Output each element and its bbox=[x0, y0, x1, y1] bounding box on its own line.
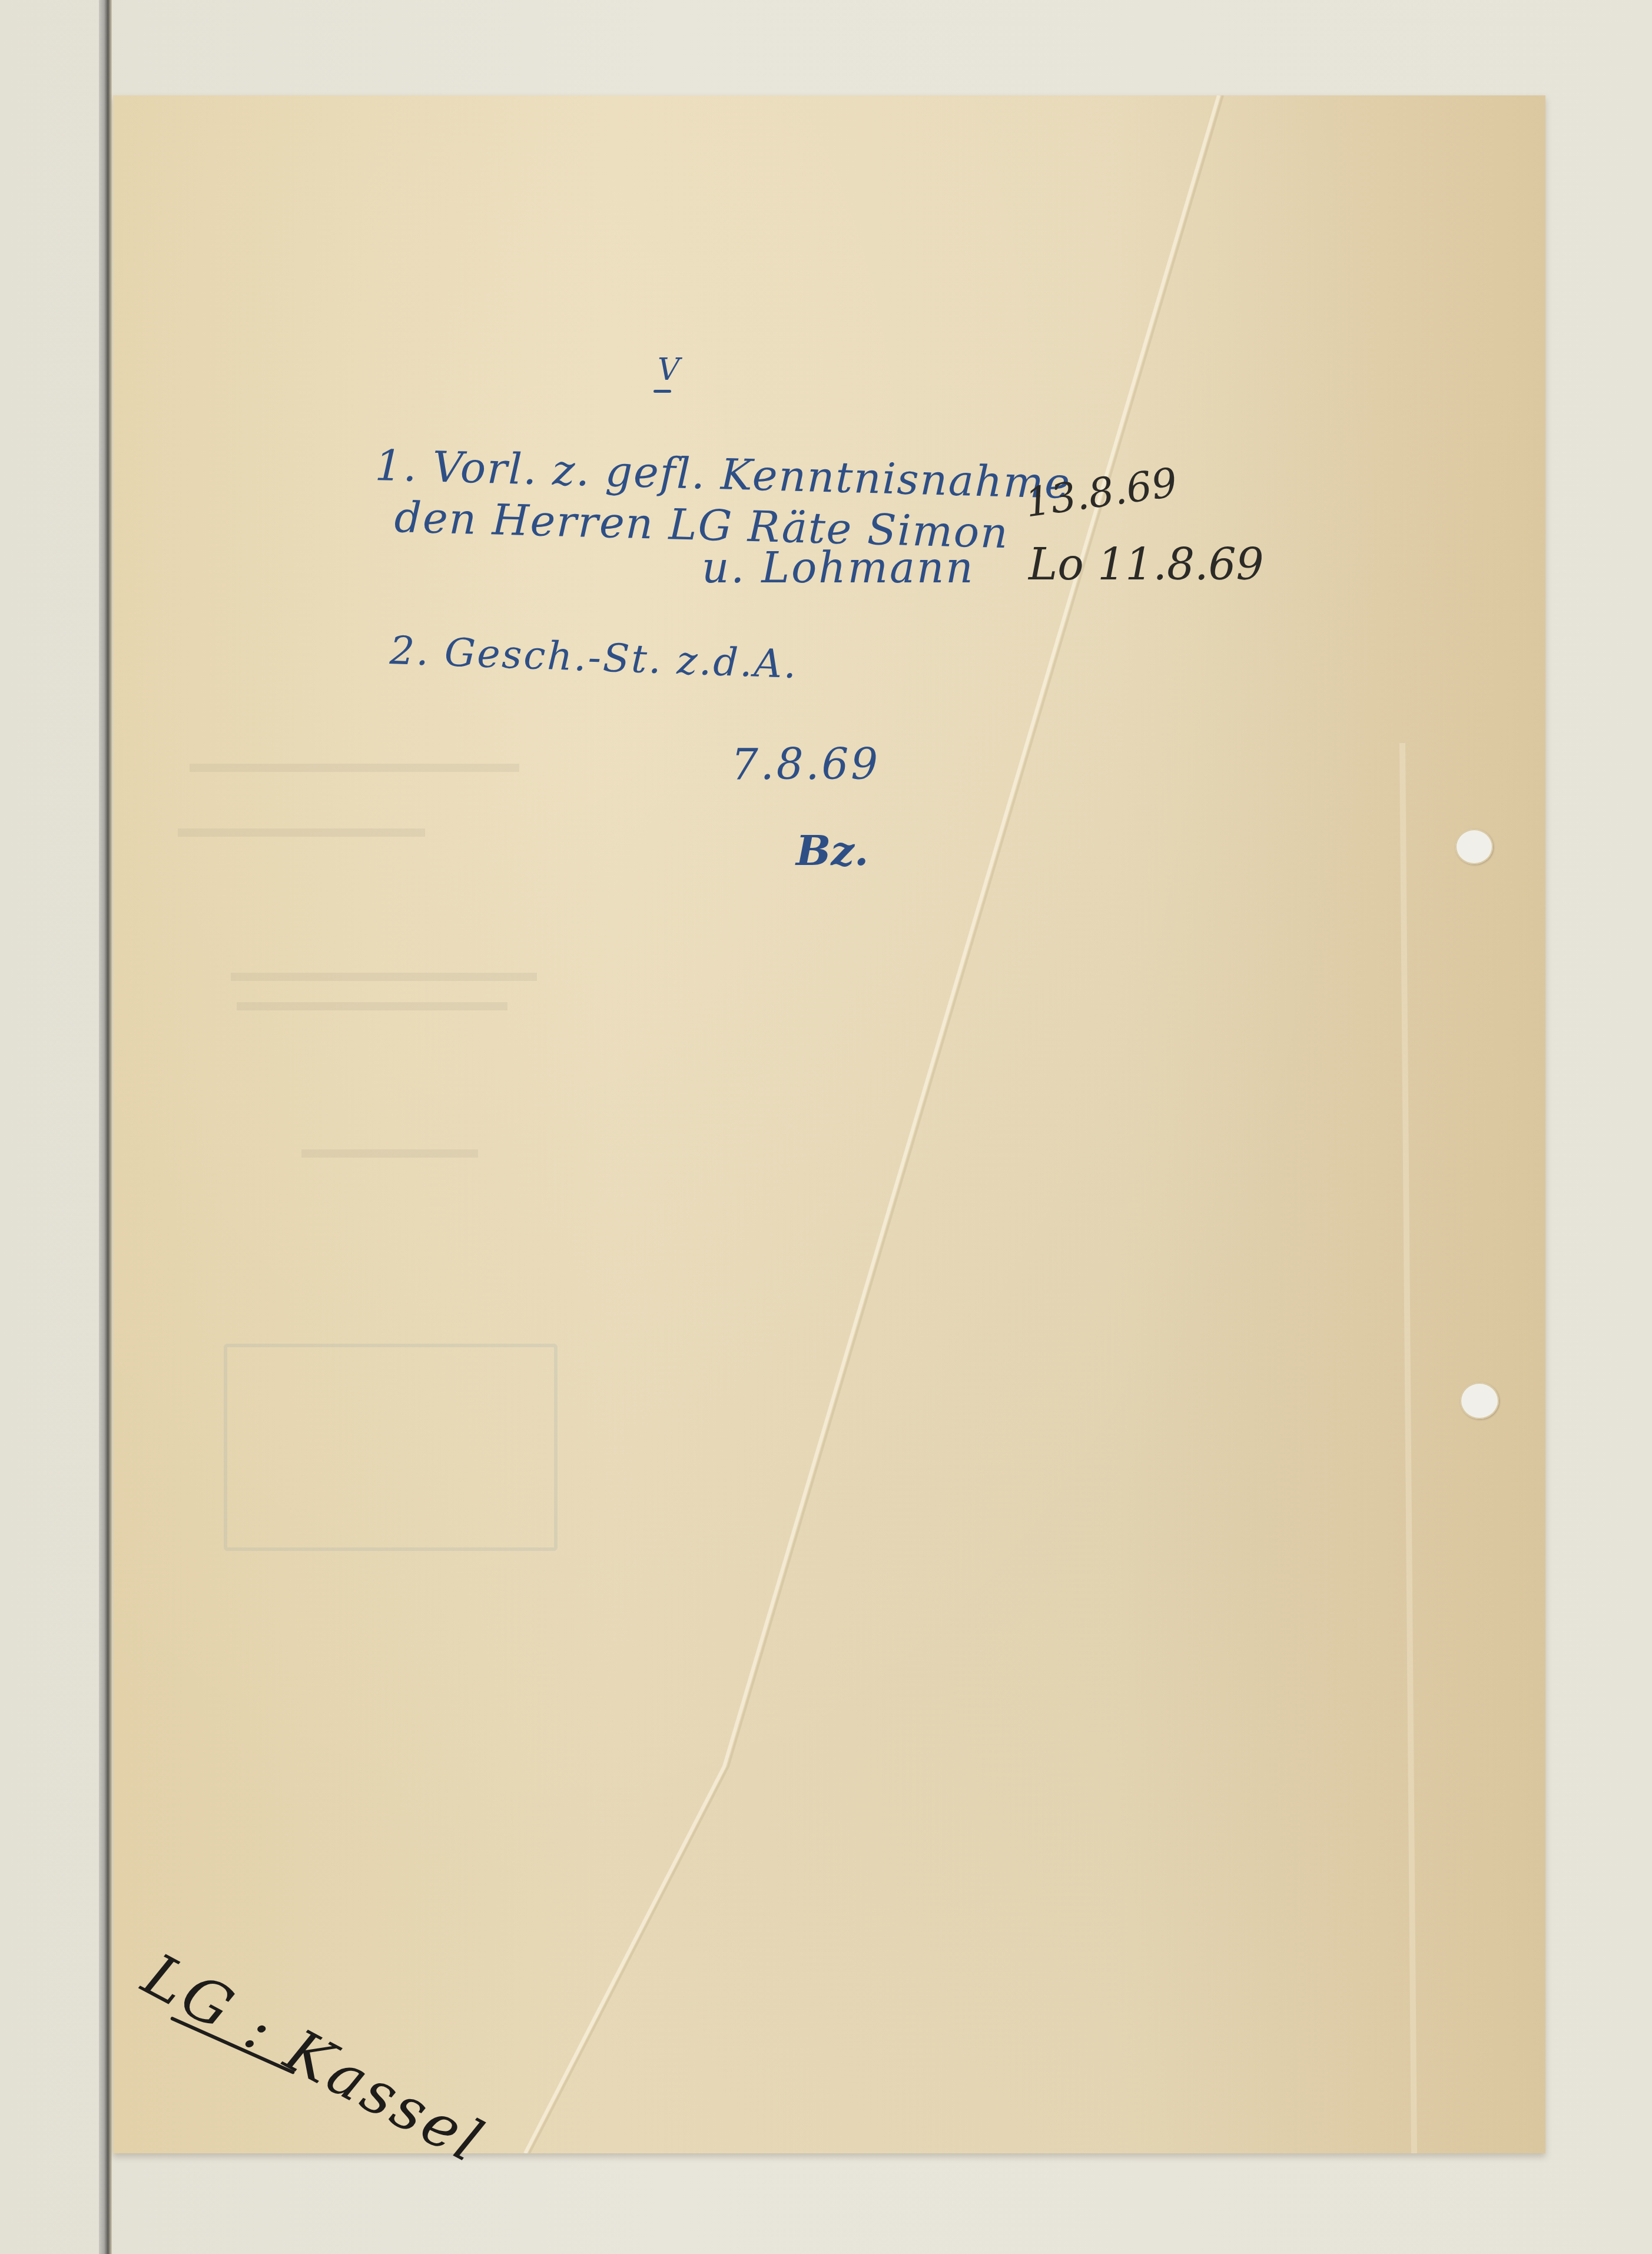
diagonal-crease bbox=[113, 95, 1545, 2153]
footer-court-note: LG : Kassel bbox=[135, 1945, 494, 2173]
initials-lohmann: Lo 11.8.69 bbox=[1029, 543, 1264, 586]
punch-hole-lower bbox=[1460, 1383, 1499, 1419]
signature-initials: Bz. bbox=[796, 830, 868, 871]
show-through-line bbox=[178, 828, 425, 837]
header-mark: V bbox=[658, 354, 680, 385]
binding-strip bbox=[99, 0, 112, 2254]
show-through-line bbox=[301, 1149, 478, 1158]
item1-line3: u. Lohmann bbox=[702, 546, 975, 589]
show-through-line bbox=[190, 764, 519, 772]
show-through-line bbox=[231, 973, 537, 981]
item2-text: 2. Gesch.-St. z.d.A. bbox=[389, 631, 799, 684]
document-page: V 1. Vorl. z. gefl. Kenntnisnahme den He… bbox=[113, 95, 1545, 2153]
date-line: 7.8.69 bbox=[731, 743, 880, 785]
header-mark-underline bbox=[653, 390, 671, 393]
show-through-line bbox=[237, 1002, 507, 1010]
punch-hole-upper bbox=[1455, 829, 1493, 864]
show-through-stamp bbox=[224, 1344, 558, 1551]
